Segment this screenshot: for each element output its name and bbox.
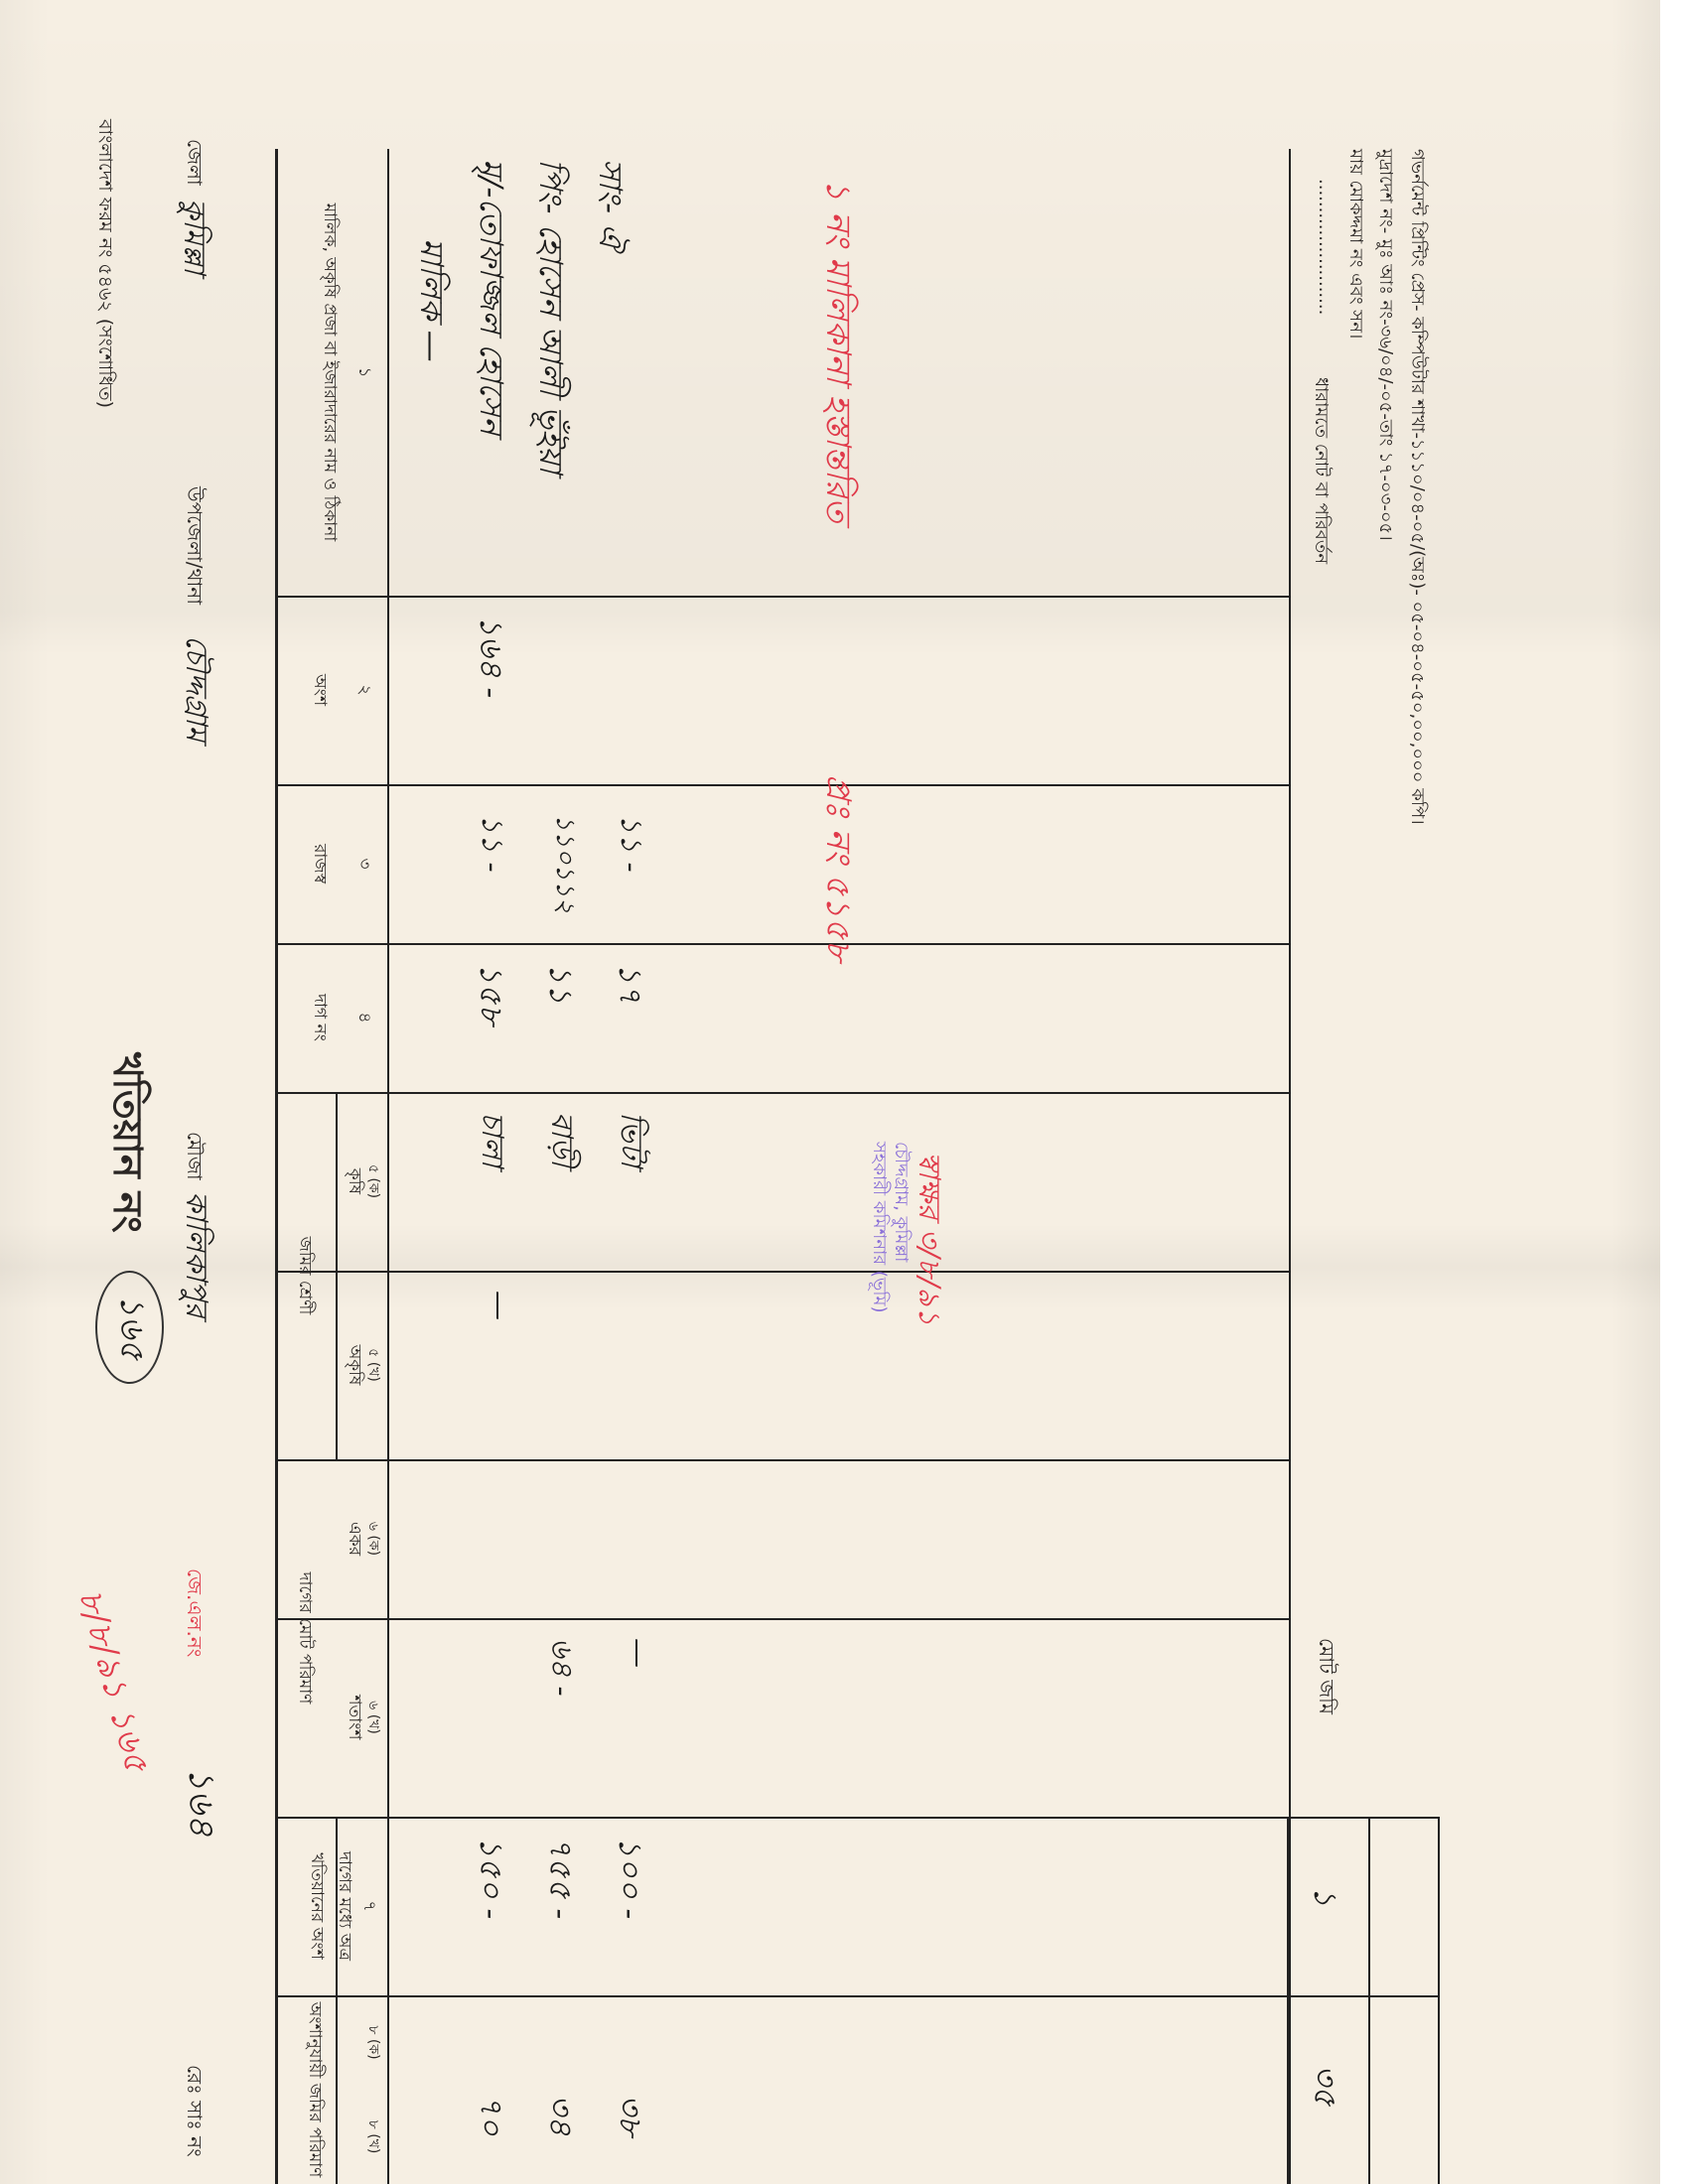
mouza-value: কালিকাপুর xyxy=(170,1191,220,1317)
header-dag-total: দাগের মোট পরিমাণ xyxy=(290,1459,318,1817)
dag-2: ১১ xyxy=(532,963,586,1005)
dag-1: ১৫৮ xyxy=(463,963,516,1024)
footer-print-order: মুদ্রাদেশ নং- মুঃ আঃ নং-৩৬/০৪/-০৫-তাং ১৭… xyxy=(1369,149,1400,541)
colnum-3: ৩ xyxy=(350,784,377,943)
stamp-line-2: চৌদ্দগ্রাম, কুমিল্লা xyxy=(885,1142,915,1262)
total-decimal: ৩৫ xyxy=(1297,2065,1350,2107)
total-box xyxy=(1287,1817,1440,2184)
khatian-number: ১৬৫ xyxy=(95,1271,164,1384)
header-proportional-area: অংশানুযায়ী জমির পরিমাণ xyxy=(300,1995,328,2184)
owner-line: মালিক — xyxy=(403,238,457,362)
header-dag: দাগ নং xyxy=(305,943,333,1092)
form-reference: বাংলাদেশ ফরম নং ৫৪৬২ (সংশোধিত) xyxy=(87,119,119,408)
colnum-1: ১ xyxy=(350,159,377,586)
district-label: জেলা xyxy=(176,139,209,186)
header-share: অংশ xyxy=(305,596,333,784)
upazila-value: চৌদ্দগ্রাম xyxy=(170,635,220,742)
owner-line: সাং- ঐ xyxy=(582,159,635,249)
page-title: খতিয়ান নং xyxy=(92,1052,159,1233)
jl-label: জে.এল.নং xyxy=(176,1569,209,1657)
mouza-label: মৌজা xyxy=(176,1132,209,1180)
margin-red-note: ৮/৮/৯১ ১৬৫ xyxy=(60,1584,163,1780)
footer-press: গভর্নমেন্ট প্রিন্টিং প্রেস- কম্পিউটার শা… xyxy=(1401,149,1432,825)
total-acre: ১ xyxy=(1297,1886,1350,1907)
header-land-class: জমির শ্রেণী xyxy=(290,1092,318,1459)
dag-3: ১৭ xyxy=(602,963,655,1005)
footer-case: মায় মোকদ্দমা নং এবং সন। xyxy=(1339,149,1370,339)
total-label: মোট জমি xyxy=(1308,1638,1340,1714)
colnum-2: ২ xyxy=(350,596,377,784)
rotated-khatian-form: বাংলাদেশ ফরম নং ৫৪৬২ (সংশোধিত) খতিয়ান ন… xyxy=(0,0,1688,2184)
header-bottom-border xyxy=(387,149,389,2184)
header-owner: মালিক, অকৃষি প্রজা বা ইজারাদারের নাম ও ঠ… xyxy=(315,159,343,586)
district-value: কুমিল্লা xyxy=(168,199,218,274)
resa-label: রেঃ সাঃ নং xyxy=(176,2065,209,2157)
red-note-transfer: ১ নং মালিকানা হস্তান্তরিত xyxy=(807,179,864,523)
jl-value: ১৬৪ xyxy=(169,1767,228,1837)
header-revenue: রাজস্ব xyxy=(305,784,333,943)
header-khatian-share: দাগের মধ্যে অত্র খতিয়ানের অংশ xyxy=(302,1817,357,1995)
share-value: ১৬৪ - xyxy=(463,615,516,698)
table-top-border xyxy=(275,149,278,2184)
owner-line: মৃ/-তোফাজ্জল হোসেন xyxy=(463,159,516,435)
colnum-4: ৪ xyxy=(350,943,377,1092)
upazila-label: উপজেলা/থানা xyxy=(176,486,209,605)
red-note-case: প্রঃ নং ৫১৫৮ xyxy=(807,774,864,961)
footer-note: ধারামতে নোট বা পরিবর্তন xyxy=(1305,377,1336,564)
owner-line: পিং- হোসেন আলী ভূঁইয়া xyxy=(522,159,576,474)
revenue-value: ১১ - xyxy=(466,814,516,873)
